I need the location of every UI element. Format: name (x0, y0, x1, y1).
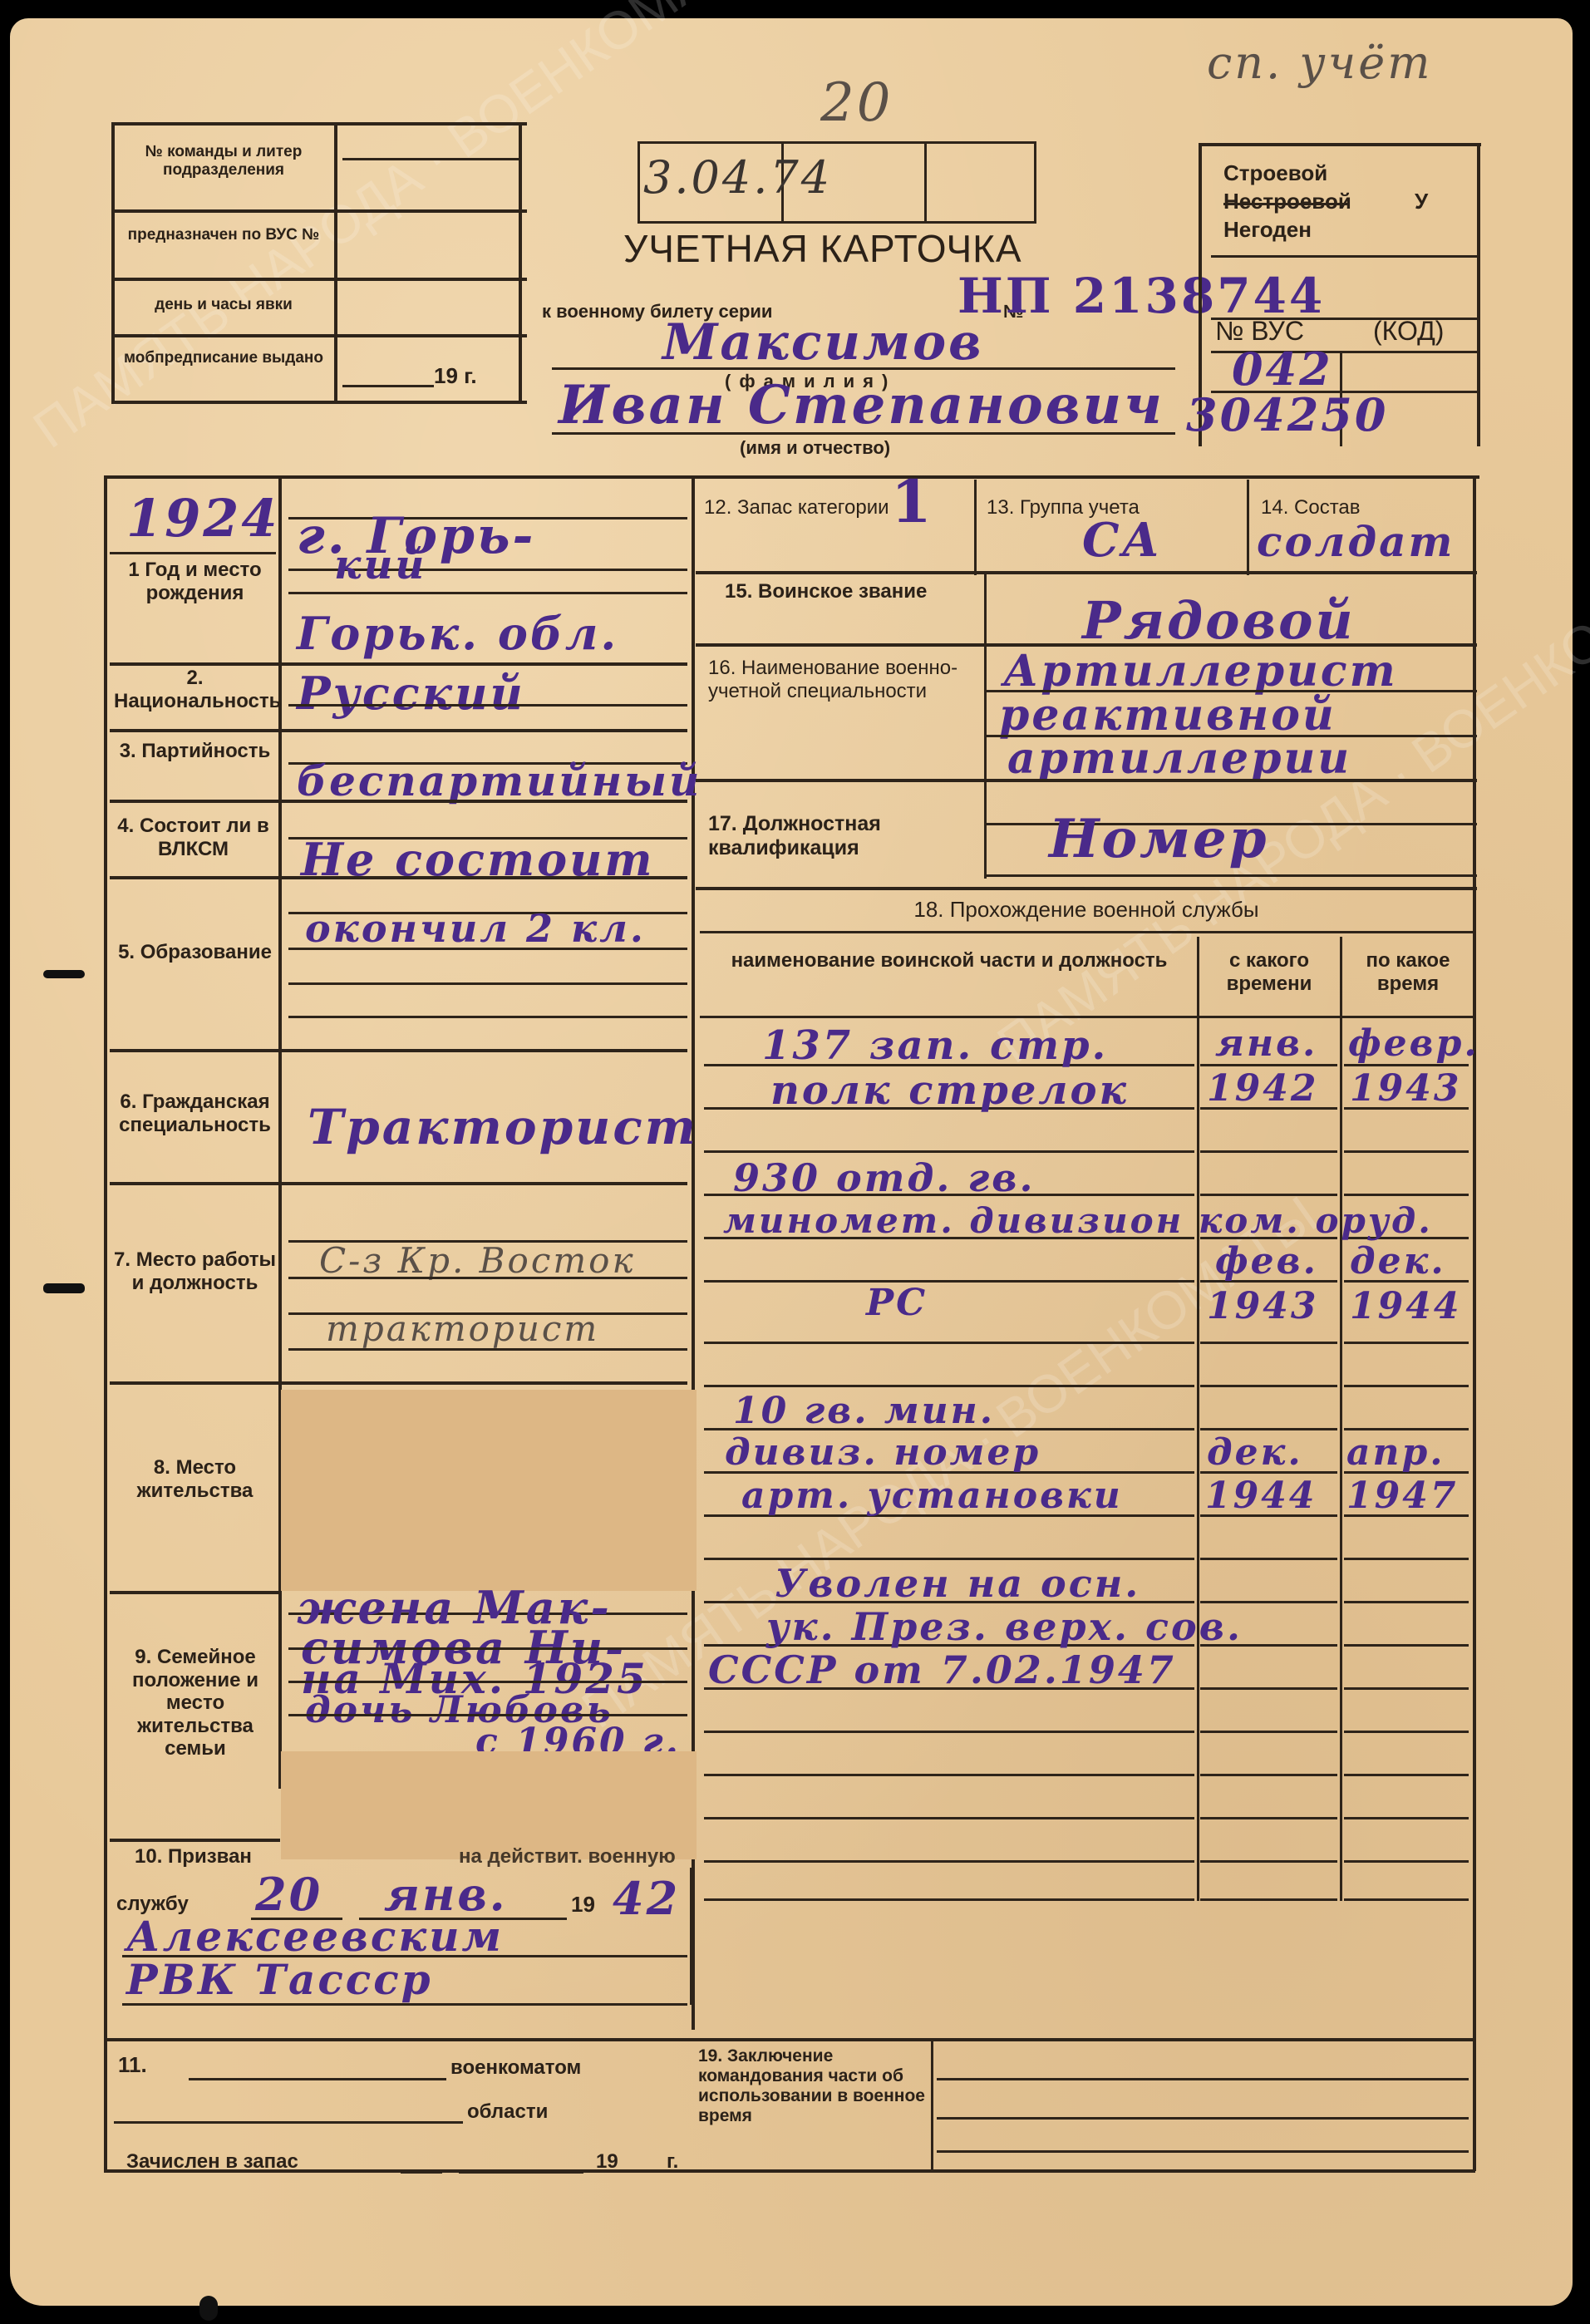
reserve-category-value: 1 (891, 467, 934, 536)
label-drafted-end: на действит. военную (459, 1845, 676, 1869)
label-drafted: 10. Призван (135, 1845, 252, 1869)
label-voenkomat: военкоматом (450, 2056, 581, 2080)
rank-value: Рядовой (1082, 590, 1356, 651)
row3-unit-line3: арт. установки (741, 1475, 1123, 1517)
label-residence: 8. Место жительства (114, 1456, 276, 1502)
label-party: 3. Партийность (114, 740, 276, 763)
name-patronymic-value: Иван Степанович (559, 374, 1164, 436)
code-value: 304250 (1186, 388, 1388, 441)
label-team-number: № команды и литер подразделения (120, 143, 327, 180)
family-redacted (281, 1751, 697, 1859)
reserve-year-prefix: 19 (596, 2150, 618, 2174)
row2-from-year: 1943 (1207, 1285, 1318, 1327)
option-unfit: Негоден (1223, 218, 1312, 243)
birth-place-line3: Горьк. обл. (297, 607, 618, 660)
label-civil-specialty: 6. Гражданская специальность (114, 1091, 276, 1136)
row3-unit-line1: 10 гв. мин. (733, 1390, 995, 1432)
military-specialty-line3: артиллерии (1007, 733, 1351, 784)
label-qualification: 17. Должностная квалификация (708, 812, 974, 860)
row1-from-month: янв. (1215, 1022, 1317, 1065)
birth-place-line2: кий (334, 542, 426, 588)
label-education: 5. Образование (114, 941, 276, 964)
option-noncombat: Нестроевой (1223, 190, 1351, 214)
registration-card: ПАМЯТЬ НАРОДА · ВОЕНКОМАТЫ ПАМЯТЬ НАРОДА… (10, 18, 1573, 2306)
punch-mark (43, 970, 85, 978)
header-unit: наименование воинской части и должность (708, 949, 1190, 972)
discharge-line1: Уволен на осн. (775, 1561, 1140, 1606)
label-reserve: Зачислен в запас (126, 2150, 298, 2174)
row3-to-month: апр. (1346, 1431, 1445, 1474)
military-specialty-line1: Артиллерист (1003, 646, 1398, 697)
row2-to-month: дек. (1350, 1240, 1446, 1283)
label-military-specialty: 16. Наименование военно-учетной специаль… (708, 657, 974, 702)
row1-to-year: 1943 (1350, 1067, 1461, 1110)
drafted-by-line1: Алексеевским (126, 1912, 504, 1961)
discharge-line2: ук. През. верх. сов. (766, 1604, 1243, 1649)
page-title: УЧЕТНАЯ КАРТОЧКА (623, 226, 1022, 271)
label-command-conclusion: 19. Заключение командования части об исп… (698, 2046, 928, 2127)
label-family: 9. Семейное положение и место жительства… (108, 1646, 283, 1760)
label-assigned-vus: предназначен по ВУС № (120, 226, 327, 244)
label-oblast: области (467, 2100, 548, 2124)
education-value: окончил 2 кл. (305, 906, 646, 951)
drafted-year-prefix: 19 (571, 1893, 595, 1918)
row2-unit-line1: 930 отд. гв. (733, 1155, 1036, 1200)
row2-unit-line2: миномет. дивизион ком. оруд. (723, 1200, 1433, 1241)
label-mob-order: мобпредписание выдано (120, 349, 327, 367)
corner-note: сп. учёт (1207, 37, 1432, 89)
mob-order-year: 19 г. (434, 364, 517, 389)
row1-unit-line1: 137 зап. стр. (762, 1022, 1108, 1069)
workplace-line1: С-з Кр. Восток (319, 1240, 636, 1281)
option-combat: Строевой (1223, 161, 1327, 186)
label-reserve-category: 12. Запас категории (704, 496, 889, 519)
stamp-date: 3.04.74 (643, 151, 832, 204)
workplace-line2: тракторист (326, 1308, 599, 1349)
residence-redacted (281, 1390, 697, 1591)
row2-to-year: 1944 (1350, 1285, 1461, 1327)
party-value: беспартийный (297, 756, 701, 805)
code-label: (КОД) (1373, 316, 1444, 347)
label-komsomol: 4. Состоит ли в ВЛКСМ (108, 815, 278, 860)
row1-to-month: февр. (1348, 1022, 1479, 1065)
punch-mark (43, 1283, 85, 1293)
row1-unit-line2: полк стрелок (770, 1067, 1129, 1114)
header-from: с какого времени (1200, 949, 1338, 995)
row3-from-month: дек. (1207, 1431, 1303, 1474)
surname-value: Максимов (662, 313, 984, 372)
row2-unit-line3: РС (866, 1282, 928, 1324)
row3-to-year: 1947 (1346, 1475, 1458, 1517)
service-table-title: 18. Прохождение военной службы (700, 898, 1473, 923)
option-mark: У (1415, 190, 1428, 214)
label-composition: 14. Состав (1261, 496, 1361, 519)
civil-specialty-value: Тракторист (308, 1099, 698, 1155)
row3-from-year: 1944 (1205, 1475, 1317, 1517)
label-rank: 15. Воинское звание (725, 580, 957, 603)
reserve-year-suffix: г. (667, 2150, 678, 2174)
row1-from-year: 1942 (1207, 1067, 1318, 1110)
row2-from-month: фев. (1215, 1240, 1318, 1283)
account-group-value: СА (1082, 513, 1162, 568)
qualification-value: Номер (1049, 808, 1268, 870)
drafted-by-line2: РВК Тассср (126, 1955, 433, 2004)
header-to: по какое время (1343, 949, 1473, 995)
label-workplace: 7. Место работы и должность (114, 1248, 276, 1294)
name-caption: (имя и отчество) (740, 437, 890, 458)
discharge-line3: СССР от 7.02.1947 (708, 1647, 1176, 1692)
birth-year: 1924 (126, 488, 280, 549)
label-arrival-time: день и часы явки (120, 296, 327, 314)
row3-unit-line2: дивиз. номер (725, 1431, 1041, 1474)
drafted-year-suffix: 42 (613, 1872, 680, 1925)
punch-mark (199, 2296, 218, 2321)
sheet-number: 20 (820, 72, 893, 134)
label-nationality: 2. Национальность (114, 667, 276, 712)
label-birth: 1 Год и место рождения (114, 559, 276, 604)
nationality-value: Русский (297, 667, 525, 720)
label-field-11: 11. (118, 2053, 147, 2078)
composition-value: солдат (1257, 517, 1455, 566)
